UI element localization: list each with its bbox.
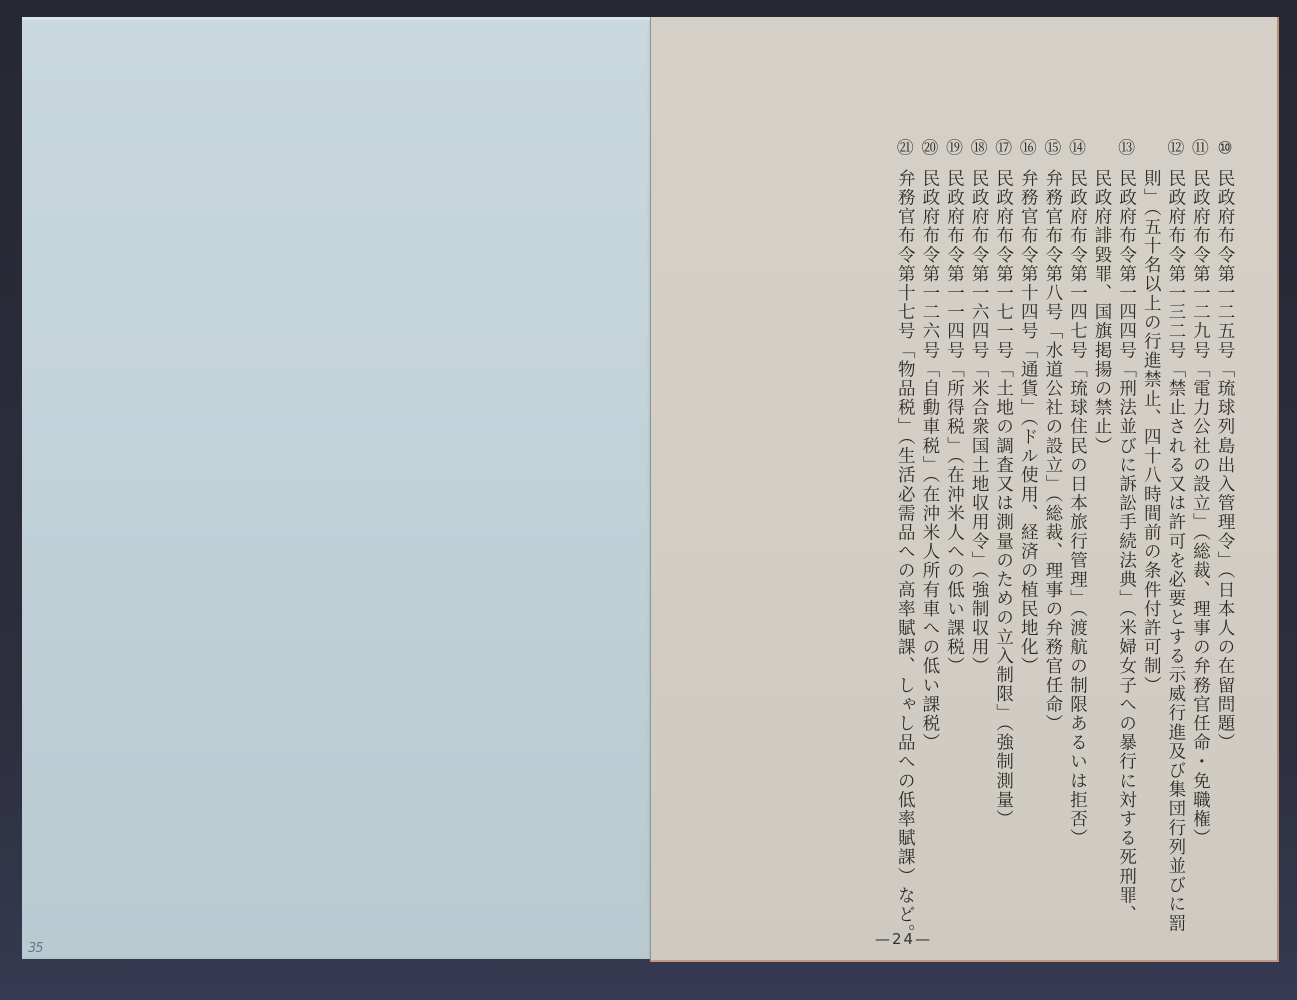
list-item: ⑱民政府布令第一六四号「米合衆国土地収用令」（強制収用） (966, 140, 991, 900)
item-text: 民政府布令第一六四号「米合衆国土地収用令」（強制収用） (969, 169, 989, 676)
item-number: ⑬ (1114, 140, 1139, 157)
item-number: ㉑ (893, 140, 918, 157)
item-text: 民政府布令第一四七号「琉球住民の日本旅行管理」（渡航の制限あるいは拒否） (1067, 169, 1087, 848)
list-item: ⑯弁務官布令第十四号「通貨」（ドル使用、経済の植民地化） (1016, 140, 1041, 900)
item-number: ⑳ (917, 140, 942, 157)
item-text: 民政府誹毀罪、国旗掲揚の禁止） (1092, 169, 1112, 456)
item-text: 民政府布令第一三二号「禁止される又は許可を必要とする示威行進及び集団行列並びに罰 (1166, 169, 1186, 933)
pencil-note: 35 (28, 941, 43, 956)
left-page-top-edge (22, 17, 651, 20)
list-item: ⑰民政府布令第一七一号「土地の調査又は測量のための立入制限」（強制測量） (991, 140, 1016, 900)
item-number: ⑫ (1163, 140, 1188, 157)
item-number: ⑰ (991, 140, 1016, 157)
list-item: ⑪民政府布令第一二九号「電力公社の設立」（総裁、理事の弁務官任命・免職権） (1188, 140, 1213, 900)
item-number: ⑪ (1188, 140, 1213, 157)
item-number: ⑲ (942, 140, 967, 157)
item-text: 民政府布令第一二五号「琉球列島出入管理令」（日本人の在留問題） (1215, 169, 1235, 752)
list-item: ⑳民政府布令第一二六号「自動車税」（在沖米人所有車への低い課税） (917, 140, 942, 900)
item-text: 民政府布令第一二六号「自動車税」（在沖米人所有車への低い課税） (920, 169, 940, 752)
list-item: ⑲民政府布令第一一四号「所得税」（在沖米人への低い課税） (942, 140, 967, 900)
item-text: 弁務官布令第十七号「物品税」（生活必需品への高率賦課、しゃし品への低率賦課）など… (895, 169, 915, 943)
item-text: 則」（五十名以上の行進禁止、四十八時間前の条件付許可制） (1141, 169, 1161, 695)
list-item: ⑬民政府布令第一四四号「刑法並びに訴訟手続法典」（米婦女子への暴行に対する死刑罪… (1114, 140, 1139, 900)
ordinance-list: ⑩民政府布令第一二五号「琉球列島出入管理令」（日本人の在留問題） ⑪民政府布令第… (893, 140, 1237, 900)
item-text: 民政府布令第一一四号「所得税」（在沖米人への低い課税） (944, 169, 964, 676)
list-item: ⑭民政府布令第一四七号「琉球住民の日本旅行管理」（渡航の制限あるいは拒否） (1065, 140, 1090, 900)
item-number: ⑱ (966, 140, 991, 157)
page-number: —24— (875, 930, 932, 948)
item-number: ⑮ (1040, 140, 1065, 157)
list-item: ⑫民政府布令第一三二号「禁止される又は許可を必要とする示威行進及び集団行列並びに… (1163, 140, 1188, 900)
item-text: 民政府布令第一四四号「刑法並びに訴訟手続法典」（米婦女子への暴行に対する死刑罪、 (1117, 169, 1137, 924)
item-number: ⑩ (1212, 140, 1237, 157)
item-number: ⑭ (1065, 140, 1090, 157)
left-page-blank: 35 (22, 17, 651, 959)
item-text: 弁務官布令第八号「水道公社の設立」（総裁、理事の弁務官任命） (1043, 169, 1063, 733)
item-text: 弁務官布令第十四号「通貨」（ドル使用、経済の植民地化） (1018, 169, 1038, 676)
list-item: ⑮弁務官布令第八号「水道公社の設立」（総裁、理事の弁務官任命） (1040, 140, 1065, 900)
item-text: 民政府布令第一七一号「土地の調査又は測量のための立入制限」（強制測量） (994, 169, 1014, 829)
list-item: ⑩民政府布令第一二五号「琉球列島出入管理令」（日本人の在留問題） (1212, 140, 1237, 900)
list-item-continuation: ⑩則」（五十名以上の行進禁止、四十八時間前の条件付許可制） (1139, 140, 1164, 900)
list-item: ㉑弁務官布令第十七号「物品税」（生活必需品への高率賦課、しゃし品への低率賦課）な… (893, 140, 918, 900)
item-number: ⑯ (1016, 140, 1041, 157)
list-item-continuation: ⑩民政府誹毀罪、国旗掲揚の禁止） (1089, 140, 1114, 900)
item-text: 民政府布令第一二九号「電力公社の設立」（総裁、理事の弁務官任命・免職権） (1190, 169, 1210, 848)
